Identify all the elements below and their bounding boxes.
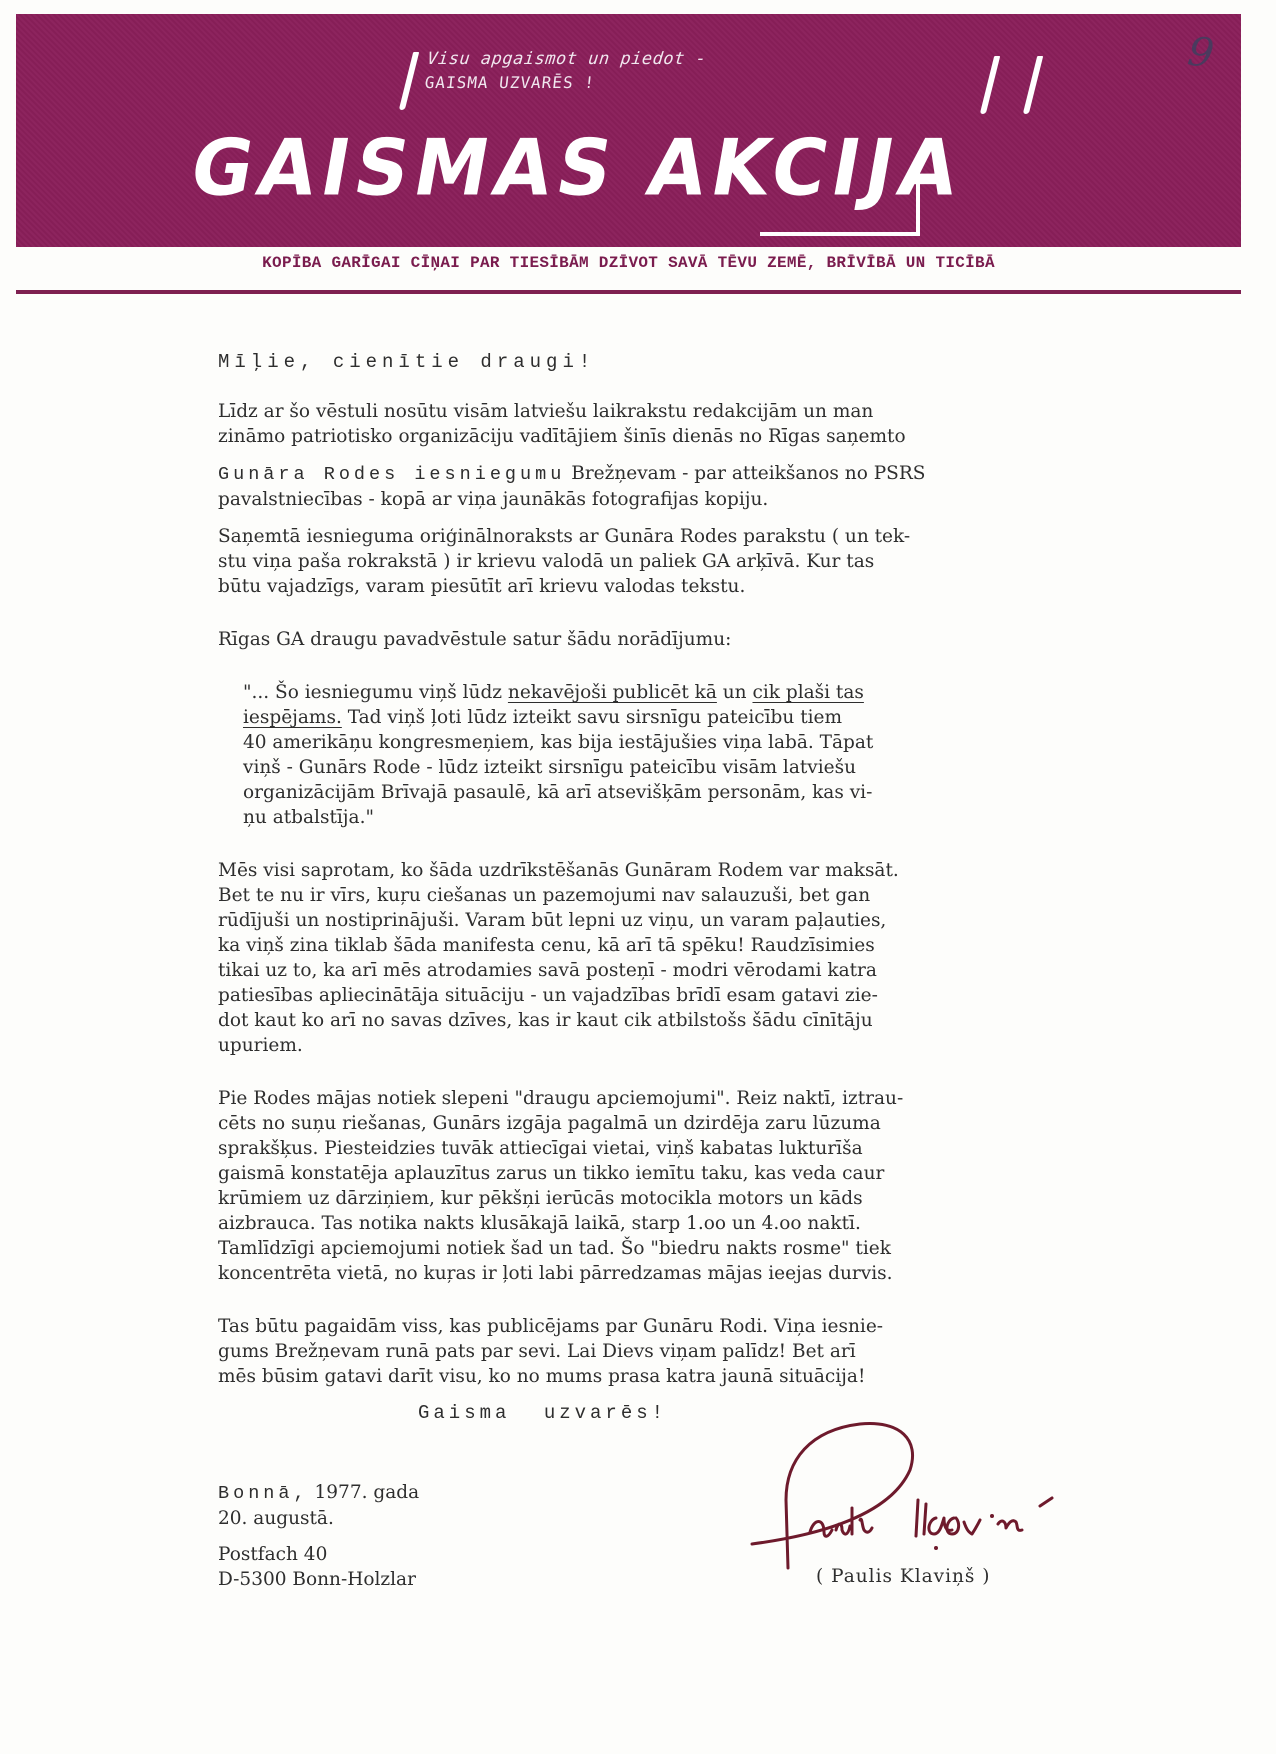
text-fragment: un <box>717 682 753 703</box>
header-divider <box>16 290 1241 294</box>
underlined-text: nekavējoši publicēt kā <box>508 682 717 703</box>
text-line: ka viņš zina tiklab šāda manifesta cenu,… <box>218 933 1068 958</box>
masthead-title: GAISMAS AKCIJA <box>183 116 1107 221</box>
text-line: gaismā konstatēja aplauzītus zarus un ti… <box>218 1161 1068 1186</box>
text-line: Bonnā, 1977. gada <box>218 1480 419 1506</box>
text-line: Gunāra Rodes iesniegumu Brežņevam - par … <box>218 461 1068 487</box>
paragraph-3: Saņemtā iesnieguma oriģinālnoraksts ar G… <box>218 524 1068 599</box>
place-and-date: Bonnā, 1977. gada 20. augustā. <box>218 1480 419 1531</box>
masthead-underline <box>760 232 920 236</box>
text-fragment: Tad viņš ļoti lūdz izteikt savu sirsnīgu… <box>342 707 842 728</box>
text-line: patiesības apliecinātāja situāciju - un … <box>218 983 1068 1008</box>
text-line: viņš - Gunārs Rode - lūdz izteikt sirsnī… <box>243 755 1068 780</box>
text-line: Pie Rodes mājas notiek slepeni "draugu a… <box>218 1086 1068 1111</box>
text-line: dot kaut ko arī no savas dzīves, kas ir … <box>218 1008 1068 1033</box>
slogan-line-2: GAISMA UZVARĒS ! <box>424 71 706 94</box>
text-line: iespējams. Tad viņš ļoti lūdz izteikt sa… <box>243 705 1068 730</box>
motto: KOPĪBA GARĪGAI CĪŅAI PAR TIESĪBĀM DZĪVOT… <box>16 254 1241 272</box>
underlined-text: iespējams. <box>243 707 342 728</box>
address-line: Postfach 40 <box>218 1542 416 1567</box>
text-line: pavalstniecības - kopā ar viņa jaunākās … <box>218 487 1068 512</box>
letter-body: Mīļie, cienītie draugi! Līdz ar šo vēstu… <box>218 350 1068 1401</box>
spaced-emphasis: Gunāra Rodes iesniegumu <box>218 464 565 485</box>
text-line: stu viņa paša rokrakstā ) ir krievu valo… <box>218 549 1068 574</box>
text-fragment: "... Šo iesniegumu viņš lūdz <box>243 682 508 703</box>
quoted-instruction: "... Šo iesniegumu viņš lūdz nekavējoši … <box>243 680 1068 830</box>
masthead-hook <box>916 170 920 236</box>
text-line: cēts no suņu riešanas, Gunārs izgāja pag… <box>218 1111 1068 1136</box>
text-line: krūmiem uz dārziņiem, kur pēkšņi ierūcās… <box>218 1186 1068 1211</box>
paragraph-6: Pie Rodes mājas notiek slepeni "draugu a… <box>218 1086 1068 1286</box>
text-line: Mēs visi saprotam, ko šāda uzdrīkstēšanā… <box>218 858 1068 883</box>
text-line: upuriem. <box>218 1033 1068 1058</box>
text-line: Bet te nu ir vīrs, kuŗu ciešanas un paze… <box>218 883 1068 908</box>
text-line: 40 amerikāņu kongresmeņiem, kas bija ies… <box>243 730 1068 755</box>
text-line: koncentrēta vietā, no kuŗas ir ļoti labi… <box>218 1261 1068 1286</box>
text-line: zināmo patriotisko organizāciju vadītāji… <box>218 424 1068 449</box>
address-line: D-5300 Bonn-Holzlar <box>218 1567 416 1592</box>
paragraph-7: Tas būtu pagaidām viss, kas publicējams … <box>218 1314 1068 1389</box>
slogan-line-1: Visu apgaismot un piedot - <box>426 48 708 71</box>
slogan: Visu apgaismot un piedot - GAISMA UZVARĒ… <box>424 48 708 94</box>
text-line: Saņemtā iesnieguma oriģinālnoraksts ar G… <box>218 524 1068 549</box>
text-line: būtu vajadzīgs, varam piesūtīt arī kriev… <box>218 574 1068 599</box>
date-year: 1977. gada <box>309 1482 419 1503</box>
text-line: rūdījuši un nostiprinājuši. Varam būt le… <box>218 908 1068 933</box>
text-line: Tas būtu pagaidām viss, kas publicējams … <box>218 1314 1068 1339</box>
closing-salutation: Gaisma uzvarēs! <box>418 1402 667 1424</box>
text-line: gums Brežņevam runā pats par sevi. Lai D… <box>218 1339 1068 1364</box>
paragraph-4: Rīgas GA draugu pavadvēstule satur šādu … <box>218 627 1068 652</box>
paragraph-1: Līdz ar šo vēstuli nosūtu visām latviešu… <box>218 399 1068 449</box>
text-line: sprakšķus. Piesteidzies tuvāk attiecīgai… <box>218 1136 1068 1161</box>
postal-address: Postfach 40 D-5300 Bonn-Holzlar <box>218 1542 416 1592</box>
text-line: organizācijām Brīvajā pasaulē, kā arī at… <box>243 780 1068 805</box>
text-line: mēs būsim gatavi darīt visu, ko no mums … <box>218 1364 1068 1389</box>
text-line: Tamlīdzīgi apciemojumi notiek šad un tad… <box>218 1236 1068 1261</box>
signer-name: ( Paulis Klaviņš ) <box>816 1566 991 1587</box>
underlined-text: cik plaši tas <box>752 682 863 703</box>
city: Bonnā, <box>218 1483 309 1504</box>
text-line: tikai uz to, ka arī mēs atrodamies savā … <box>218 958 1068 983</box>
text-line: "... Šo iesniegumu viņš lūdz nekavējoši … <box>243 680 1068 705</box>
paragraph-2: Gunāra Rodes iesniegumu Brežņevam - par … <box>218 461 1068 512</box>
greeting: Mīļie, cienītie draugi! <box>218 350 1068 375</box>
text-line: ņu atbalstīja." <box>243 805 1068 830</box>
text-line: aizbrauca. Tas notika nakts klusākajā la… <box>218 1211 1068 1236</box>
handwritten-signature <box>740 1420 1160 1580</box>
text-fragment: Brežņevam - par atteikšanos no PSRS <box>565 463 925 484</box>
text-line: Līdz ar šo vēstuli nosūtu visām latviešu… <box>218 399 1068 424</box>
paragraph-5: Mēs visi saprotam, ko šāda uzdrīkstēšanā… <box>218 858 1068 1058</box>
date-day: 20. augustā. <box>218 1506 419 1531</box>
